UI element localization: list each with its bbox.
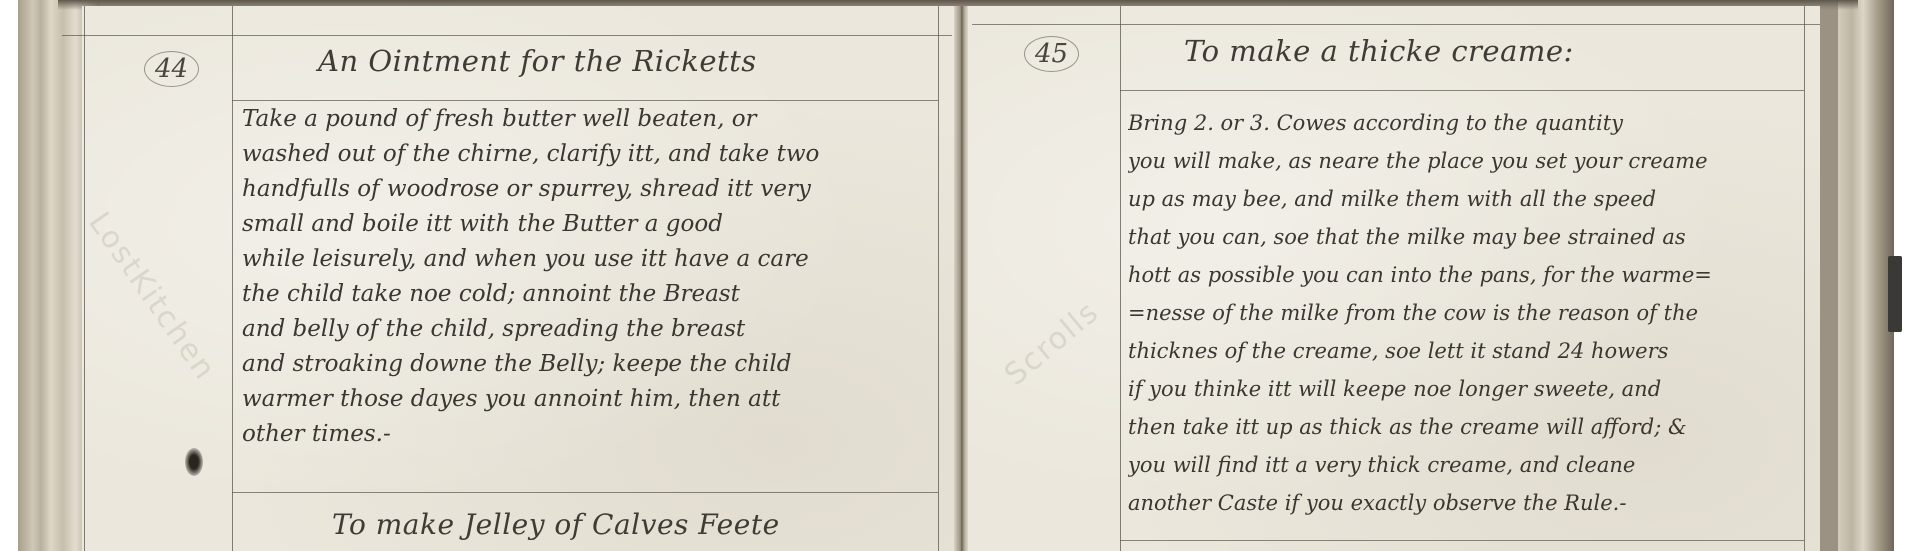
text-line: Take a pound of fresh butter well beaten… [242,102,932,137]
title-underline-rule [232,100,938,101]
watermark: Scrolls [998,294,1106,393]
text-line: another Caste if you exactly observe the… [1128,484,1800,522]
top-rule [972,24,1820,25]
right-page: 45 To make a thicke creame: Bring 2. or … [968,6,1820,551]
recipe-separator-rule [232,492,938,493]
text-line: washed out of the chirne, clarify itt, a… [242,137,932,172]
next-recipe-title: To make Jelley of Calves Feete [332,508,780,541]
left-margin-fold [84,6,85,551]
ink-blot [185,448,203,476]
text-line: warmer those dayes you annoint him, then… [242,382,932,417]
right-margin-rule [1804,6,1805,551]
text-line: =nesse of the milke from the cow is the … [1128,294,1800,332]
title-underline-rule [1120,90,1804,91]
text-line: if you thinke itt will keepe noe longer … [1128,370,1800,408]
recipe-body: Take a pound of fresh butter well beaten… [242,102,932,452]
recipe-title: An Ointment for the Ricketts [318,44,757,78]
text-line: while leisurely, and when you use itt ha… [242,242,932,277]
book-gutter [954,6,968,551]
bookmark-tab [1888,256,1902,332]
top-rule [62,35,952,36]
text-line: thicknes of the creame, soe lett it stan… [1128,332,1800,370]
text-line: other times.- [242,417,932,452]
right-page-edges [1838,0,1894,551]
recipe-body: Bring 2. or 3. Cowes according to the qu… [1128,104,1800,522]
text-line: you will find itt a very thick creame, a… [1128,446,1800,484]
left-margin-rule [232,6,233,551]
recipe-title: To make a thicke creame: [1184,34,1574,68]
text-line: handfulls of woodrose or spurrey, shread… [242,172,932,207]
watermark: LostKitchen [81,206,222,387]
left-margin-rule [1120,6,1121,551]
text-line: Bring 2. or 3. Cowes according to the qu… [1128,104,1800,142]
text-line: and belly of the child, spreading the br… [242,312,932,347]
text-line: you will make, as neare the place you se… [1128,142,1800,180]
right-margin-rule [938,6,939,551]
text-line: the child take noe cold; annoint the Bre… [242,277,932,312]
text-line: and stroaking downe the Belly; keepe the… [242,347,932,382]
text-line: hott as possible you can into the pans, … [1128,256,1800,294]
text-line: that you can, soe that the milke may bee… [1128,218,1800,256]
page-number: 45 [1024,36,1079,72]
text-line: up as may bee, and milke them with all t… [1128,180,1800,218]
text-line: then take itt up as thick as the creame … [1128,408,1800,446]
left-page: 44 An Ointment for the Ricketts Take a p… [82,6,954,551]
text-line: small and boile itt with the Butter a go… [242,207,932,242]
page-number: 44 [144,51,199,87]
recipe-separator-rule [1120,540,1804,541]
